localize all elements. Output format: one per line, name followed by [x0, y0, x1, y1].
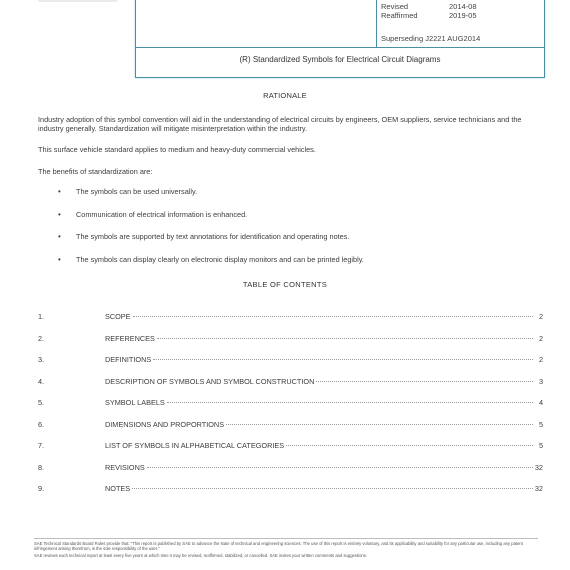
toc-entry[interactable]: 9.NOTES32	[38, 484, 543, 506]
toc-leader	[167, 402, 533, 403]
bullet-icon: •	[58, 255, 61, 264]
toc-entry[interactable]: 3.DEFINITIONS2	[38, 355, 543, 377]
header-meta-panel: Revised 2014-08 Reaffirmed 2019-05 Super…	[376, 0, 545, 47]
benefits-intro: The benefits of standardization are:	[38, 167, 543, 176]
toc-title[interactable]: SYMBOL LABELS	[105, 398, 167, 407]
toc-title[interactable]: REFERENCES	[105, 334, 157, 343]
meta-reaffirmed: Reaffirmed 2019-05	[381, 11, 418, 20]
toc-leader	[132, 488, 533, 489]
toc-page: 5	[539, 420, 543, 429]
toc-entry[interactable]: 6.DIMENSIONS AND PROPORTIONS5	[38, 420, 543, 442]
toc-number: 7.	[38, 441, 44, 450]
meta-value: 2014-08	[449, 2, 477, 11]
toc-page: 2	[539, 355, 543, 364]
bullet-icon: •	[58, 187, 61, 196]
table-of-contents: 1.SCOPE2 2.REFERENCES2 3.DEFINITIONS2 4.…	[38, 312, 543, 506]
rationale-paragraph-1: Industry adoption of this symbol convent…	[38, 115, 543, 133]
meta-label: Revised	[381, 2, 408, 11]
footer-line-2: SAE reviews each technical report at lea…	[34, 553, 538, 558]
toc-page: 32	[535, 484, 543, 493]
meta-value: 2019-05	[449, 11, 477, 20]
toc-entry[interactable]: 4.DESCRIPTION OF SYMBOLS AND SYMBOL CONS…	[38, 377, 543, 399]
list-item-text: The symbols can be used universally.	[76, 187, 197, 196]
meta-revised: Revised 2014-08	[381, 2, 408, 11]
rationale-paragraph-2: This surface vehicle standard applies to…	[38, 145, 543, 154]
toc-entry[interactable]: 1.SCOPE2	[38, 312, 543, 334]
toc-entry[interactable]: 5.SYMBOL LABELS4	[38, 398, 543, 420]
toc-leader	[147, 467, 533, 468]
toc-entry[interactable]: 7.LIST OF SYMBOLS IN ALPHABETICAL CATEGO…	[38, 441, 543, 463]
toc-heading: TABLE OF CONTENTS	[0, 280, 570, 289]
toc-leader	[226, 424, 533, 425]
toc-title[interactable]: SCOPE	[105, 312, 133, 321]
toc-title[interactable]: DESCRIPTION OF SYMBOLS AND SYMBOL CONSTR…	[105, 377, 316, 386]
bullet-icon: •	[58, 232, 61, 241]
toc-number: 1.	[38, 312, 44, 321]
toc-page: 5	[539, 441, 543, 450]
toc-page: 3	[539, 377, 543, 386]
document-header-box: Revised 2014-08 Reaffirmed 2019-05 Super…	[135, 0, 545, 78]
footer-line-1: SAE Technical Standards Board Rules prov…	[34, 541, 538, 551]
meta-superseding: Superseding J2221 AUG2014	[381, 34, 480, 43]
list-item: •The symbols can be used universally.	[38, 187, 543, 210]
footer-divider	[34, 538, 538, 539]
toc-entry[interactable]: 2.REFERENCES2	[38, 334, 543, 356]
list-item: •The symbols are supported by text annot…	[38, 232, 543, 255]
toc-number: 3.	[38, 355, 44, 364]
toc-title[interactable]: DIMENSIONS AND PROPORTIONS	[105, 420, 226, 429]
toc-entry[interactable]: 8.REVISIONS32	[38, 463, 543, 485]
toc-number: 6.	[38, 420, 44, 429]
toc-number: 5.	[38, 398, 44, 407]
toc-title[interactable]: REVISIONS	[105, 463, 147, 472]
toc-title[interactable]: LIST OF SYMBOLS IN ALPHABETICAL CATEGORI…	[105, 441, 286, 450]
meta-label: Reaffirmed	[381, 11, 418, 20]
toc-number: 4.	[38, 377, 44, 386]
toc-title[interactable]: DEFINITIONS	[105, 355, 153, 364]
toc-title[interactable]: NOTES	[105, 484, 132, 493]
logo-placeholder	[38, 0, 118, 2]
toc-leader	[133, 316, 533, 317]
list-item: •The symbols can display clearly on elec…	[38, 255, 543, 278]
toc-leader	[316, 381, 533, 382]
benefits-list: •The symbols can be used universally. •C…	[38, 187, 543, 277]
toc-page: 4	[539, 398, 543, 407]
toc-number: 2.	[38, 334, 44, 343]
list-item-text: The symbols are supported by text annota…	[76, 232, 349, 241]
document-title: (R) Standardized Symbols for Electrical …	[136, 55, 544, 64]
footer-notice: SAE Technical Standards Board Rules prov…	[34, 541, 538, 561]
toc-leader	[286, 445, 533, 446]
toc-page: 2	[539, 312, 543, 321]
list-item: •Communication of electrical information…	[38, 210, 543, 233]
toc-leader	[157, 338, 533, 339]
toc-number: 8.	[38, 463, 44, 472]
list-item-text: The symbols can display clearly on elect…	[76, 255, 364, 264]
header-top-section: Revised 2014-08 Reaffirmed 2019-05 Super…	[136, 0, 544, 48]
toc-page: 32	[535, 463, 543, 472]
list-item-text: Communication of electrical information …	[76, 210, 247, 219]
bullet-icon: •	[58, 210, 61, 219]
toc-leader	[153, 359, 533, 360]
toc-page: 2	[539, 334, 543, 343]
toc-number: 9.	[38, 484, 44, 493]
rationale-heading: RATIONALE	[0, 91, 570, 100]
